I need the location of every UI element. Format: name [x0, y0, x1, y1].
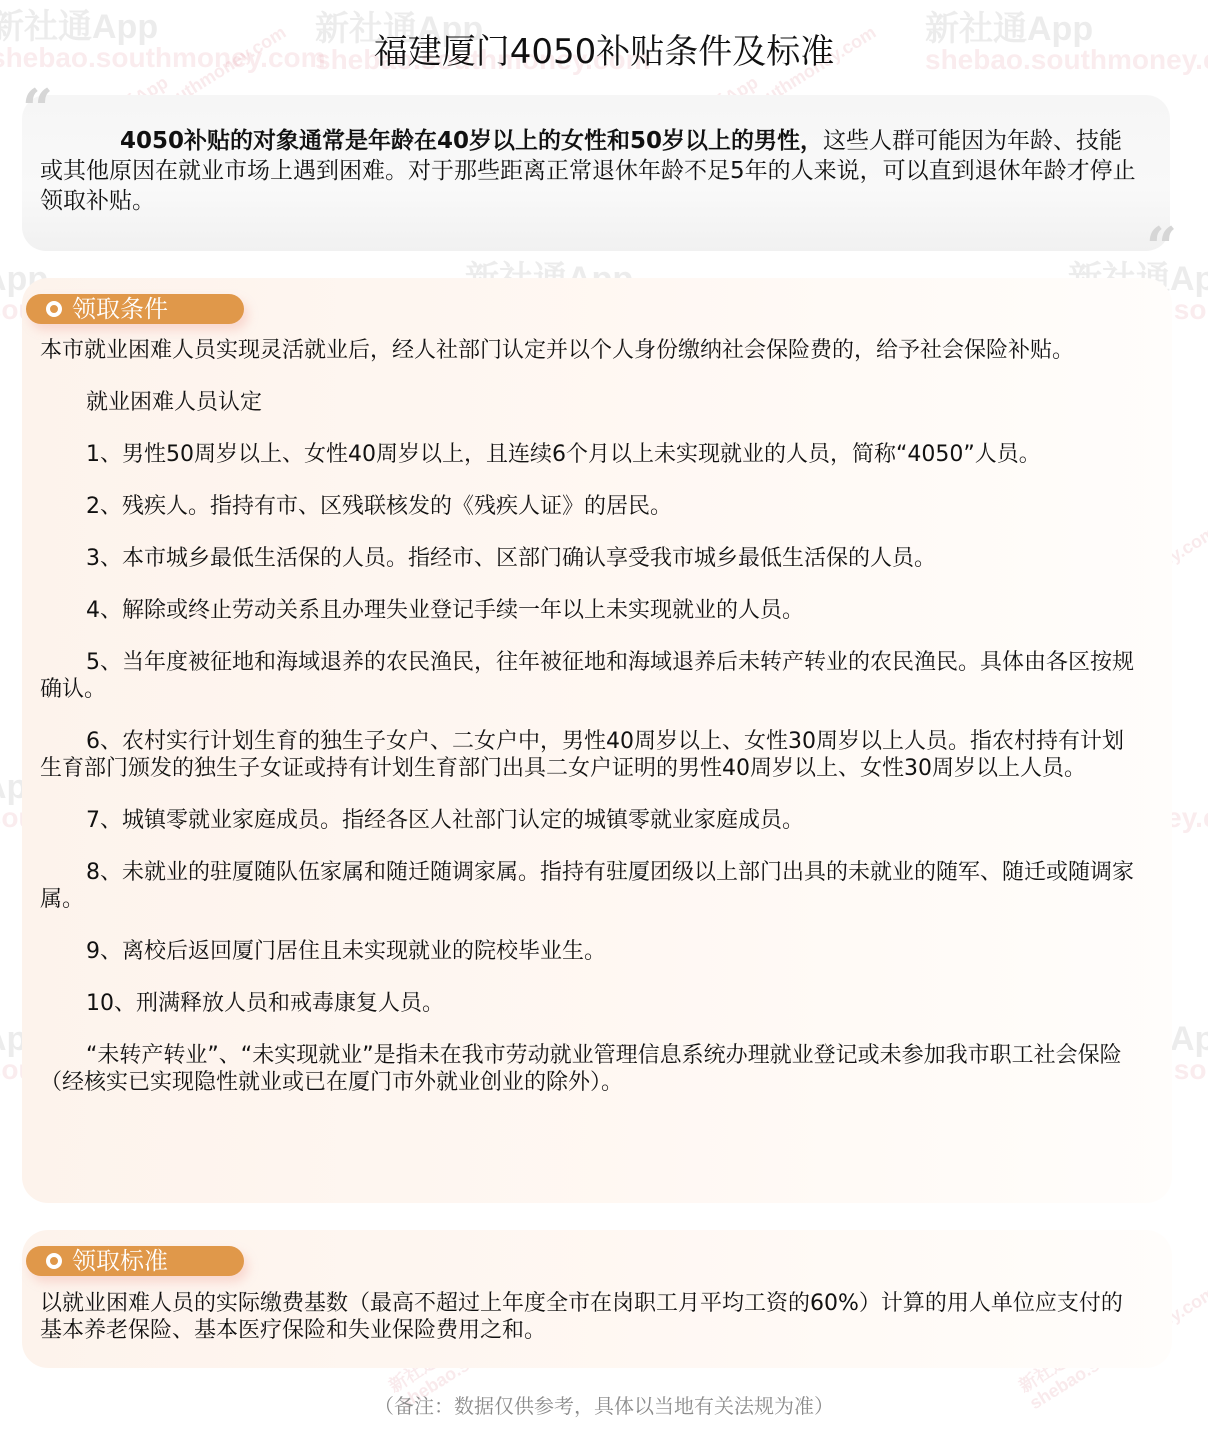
- standards-body: 以就业困难人员的实际缴费基数（最高不超过上年度全市在岗职工月平均工资的60%）计…: [40, 1290, 1140, 1344]
- conditions-item: 6、农村实行计划生育的独生子女户、二女户中，男性40周岁以上、女性30周岁以上人…: [40, 728, 1140, 782]
- page-title: 福建厦门4050补贴条件及标准: [0, 24, 1208, 73]
- conditions-body: 本市就业困难人员实现灵活就业后，经人社部门认定并以个人身份缴纳社会保险费的，给予…: [40, 337, 1140, 1096]
- standards-section-label: 领取标准: [26, 1246, 244, 1276]
- circle-icon: [46, 301, 62, 317]
- conditions-paragraph: “未转产转业”、“未实现就业”是指未在我市劳动就业管理信息系统办理就业登记或未参…: [40, 1042, 1140, 1096]
- quote-close-icon: “: [1146, 220, 1177, 274]
- conditions-item: 2、残疾人。指持有市、区残联核发的《残疾人证》的居民。: [40, 493, 1140, 520]
- standards-label-text: 领取标准: [72, 1246, 168, 1276]
- conditions-section-label: 领取条件: [26, 294, 244, 324]
- intro-text: 4050补贴的对象通常是年龄在40岁以上的女性和50岁以上的男性，这些人群可能因…: [40, 126, 1140, 216]
- conditions-paragraph: 本市就业困难人员实现灵活就业后，经人社部门认定并以个人身份缴纳社会保险费的，给予…: [40, 337, 1140, 364]
- conditions-item: 9、离校后返回厦门居住且未实现就业的院校毕业生。: [40, 938, 1140, 965]
- conditions-label-text: 领取条件: [72, 294, 168, 324]
- conditions-item: 3、本市城乡最低生活保的人员。指经市、区部门确认享受我市城乡最低生活保的人员。: [40, 545, 1140, 572]
- conditions-item: 7、城镇零就业家庭成员。指经各区人社部门认定的城镇零就业家庭成员。: [40, 807, 1140, 834]
- conditions-item: 5、当年度被征地和海域退养的农民渔民，往年被征地和海域退养后未转产转业的农民渔民…: [40, 649, 1140, 703]
- conditions-item: 8、未就业的驻厦随队伍家属和随迁随调家属。指持有驻厦团级以上部门出具的未就业的随…: [40, 859, 1140, 913]
- footnote: （备注：数据仅供参考，具体以当地有关法规为准）: [0, 1390, 1208, 1419]
- circle-icon: [46, 1253, 62, 1269]
- standards-paragraph: 以就业困难人员的实际缴费基数（最高不超过上年度全市在岗职工月平均工资的60%）计…: [40, 1290, 1140, 1344]
- conditions-item: 4、解除或终止劳动关系且办理失业登记手续一年以上未实现就业的人员。: [40, 597, 1140, 624]
- conditions-paragraph: 就业困难人员认定: [40, 389, 1140, 416]
- conditions-item: 10、刑满释放人员和戒毒康复人员。: [40, 990, 1140, 1017]
- intro-bold-text: 4050补贴的对象通常是年龄在40岁以上的女性和50岁以上的男性，: [120, 128, 823, 154]
- conditions-item: 1、男性50周岁以上、女性40周岁以上，且连续6个月以上未实现就业的人员，简称“…: [40, 441, 1140, 468]
